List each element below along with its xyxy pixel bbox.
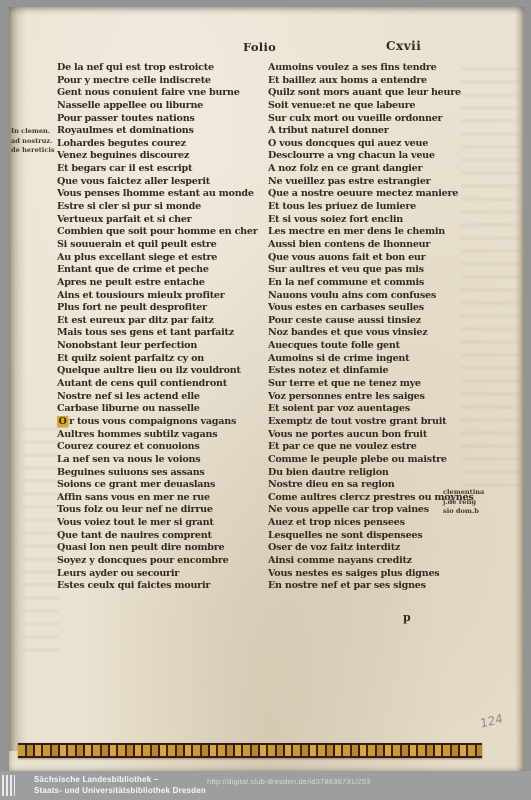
verse-line: Soions ce grant mer deuaslans — [57, 479, 271, 492]
margin-note-line: j.de relig — [443, 498, 484, 508]
verse-line: Du bien dautre religion — [268, 467, 482, 480]
verse-line: Aumoins si de crime ingent — [268, 353, 482, 366]
verse-line: Autant de cens quil contiendront — [57, 378, 271, 391]
verse-line: Nasselle appellee ou liburne — [57, 100, 271, 113]
verse-line: Auecques toute folle gent — [268, 340, 482, 353]
verse-line: Aumoins voulez a ses fins tendre — [268, 62, 482, 75]
verse-line: Gent nous conuient faire vne burne — [57, 87, 271, 100]
verse-line: Estes ceulx qui faictes mourir — [57, 580, 271, 593]
verse-line: Estre si cler si pur si monde — [57, 201, 271, 214]
verse-column-left: De la nef qui est trop estroictePour y m… — [57, 62, 271, 593]
verse-line: Sur culx mort ou vueille ordonner — [268, 113, 482, 126]
page-edge-shadow — [515, 7, 524, 771]
margin-note-right: clementina j.de relig sio dom.b — [443, 488, 484, 517]
margin-note-line: de hereticis — [11, 146, 55, 156]
verse-line: Plus fort ne peult desprofiter — [57, 302, 271, 315]
library-name: Sächsische Landesbibliothek – Staats- un… — [34, 775, 206, 796]
verse-line: Les mectre en mer dens le chemin — [268, 226, 482, 239]
verse-line: Sur terre et que ne tenez mye — [268, 378, 482, 391]
margin-note-line: clementina — [443, 488, 484, 498]
verse-line: Voz personnes entre les saiges — [268, 391, 482, 404]
verse-line: De la nef qui est trop estroicte — [57, 62, 271, 75]
verse-line: A noz folz en ce grant dangier — [268, 163, 482, 176]
verse-line: Apres ne peult estre entache — [57, 277, 271, 290]
verse-line: Ains et tousiours mieulx profiter — [57, 290, 271, 303]
gutter-shadow — [9, 7, 26, 751]
pencil-folio-number: 124 — [480, 711, 504, 731]
verse-line: Comme le peuple plebe ou maistre — [268, 454, 482, 467]
library-name-line1: Sächsische Landesbibliothek – — [34, 775, 206, 786]
manuscript-page-scan: Folio Cxvii In clemen. ad nostruz. de he… — [9, 7, 524, 771]
verse-line: Vous penses lhomme estant au monde — [57, 188, 271, 201]
verse-line: Que a nostre oeuure mectez maniere — [268, 188, 482, 201]
verse-line: Affin sans vous en mer ne rue — [57, 492, 271, 505]
verse-line: Quelque aultre lieu ou ilz vouldront — [57, 365, 271, 378]
verse-line: Et soient par voz auentages — [268, 403, 482, 416]
folio-label: Folio — [243, 40, 276, 54]
verse-line: Que tant de nauires comprent — [57, 530, 271, 543]
verse-line: Nonobstant leur perfection — [57, 340, 271, 353]
verse-line: Combien que soit pour homme en cher — [57, 226, 271, 239]
verse-line: Venez beguines discourez — [57, 150, 271, 163]
verse-line: Estes notez et dinfamie — [268, 365, 482, 378]
verse-line: En la nef commune et commis — [268, 277, 482, 290]
margin-note-left: In clemen. ad nostruz. de hereticis — [11, 127, 55, 156]
library-attribution-bar: Sächsische Landesbibliothek – Staats- un… — [0, 771, 531, 800]
verse-line: Pour ceste cause aussi tinsiez — [268, 315, 482, 328]
verse-line: Au plus excellant siege et estre — [57, 252, 271, 265]
verse-line: Que vous faictez aller lesperit — [57, 176, 271, 189]
verse-line: Et par ce que ne voulez estre — [268, 441, 482, 454]
verse-line: Leurs ayder ou secourir — [57, 568, 271, 581]
catchword: p — [403, 611, 411, 624]
verse-line: A tribut naturel donner — [268, 125, 482, 138]
verse-line: Si souuerain et quil peult estre — [57, 239, 271, 252]
verse-line: Lesquelles ne sont dispensees — [268, 530, 482, 543]
verse-line: Or tous vous compaignons vagans — [57, 416, 271, 429]
verse-line: Quasi lon nen peult dire nombre — [57, 542, 271, 555]
verse-line: Pour passer toutes nations — [57, 113, 271, 126]
verse-line: Et quilz soient parfaitz cy on — [57, 353, 271, 366]
verse-line: Et baillez aux homs a entendre — [268, 75, 482, 88]
verse-line: Vous voiez tout le mer si grant — [57, 517, 271, 530]
verse-line: Auez et trop nices pensees — [268, 517, 482, 530]
verse-line: Tous folz ou leur nef ne dirrue — [57, 504, 271, 517]
bleedthrough-texture — [23, 427, 59, 657]
margin-note-line: ad nostruz. — [11, 137, 55, 147]
verse-line: O vous doncques qui auez veue — [268, 138, 482, 151]
verse-line: Et si vous soiez fort enclin — [268, 214, 482, 227]
verse-line: Vous estes en carbases seulles — [268, 302, 482, 315]
verse-line: Oser de voz faitz interditz — [268, 542, 482, 555]
verse-line: Courez courez et conuoions — [57, 441, 271, 454]
library-name-line2: Staats- und Universitätsbibliothek Dresd… — [34, 786, 206, 797]
verse-line: Mais tous ses gens et tant parfaitz — [57, 327, 271, 340]
verse-line: Soit venue:et ne que labeure — [268, 100, 482, 113]
slub-logo-icon — [2, 775, 15, 796]
verse-line: Aultres hommes subtilz vagans — [57, 429, 271, 442]
verse-line: Vous ne portes aucun bon fruit — [268, 429, 482, 442]
verse-line: La nef sen va nous le voions — [57, 454, 271, 467]
verse-line: Vous nestes es saiges plus dignes — [268, 568, 482, 581]
verse-line: Royaulmes et dominations — [57, 125, 271, 138]
verse-line: Entant que de crime et peche — [57, 264, 271, 277]
verse-line: Noz bandes et que vous vinsiez — [268, 327, 482, 340]
verse-line: Vertueux parfait et si cher — [57, 214, 271, 227]
margin-note-line: sio dom.b — [443, 507, 484, 517]
verse-line: Et begars car il est escript — [57, 163, 271, 176]
verse-line: En nostre nef et par ses signes — [268, 580, 482, 593]
verse-line: Soyez y doncques pour encombre — [57, 555, 271, 568]
verse-line: Et tous les priuez de lumiere — [268, 201, 482, 214]
gilt-edge-band — [18, 743, 482, 758]
verse-line: Desclourre a vng chacun la veue — [268, 150, 482, 163]
verse-line: Aussi bien contens de lhonneur — [268, 239, 482, 252]
verse-line: Nauons voulu ains com confuses — [268, 290, 482, 303]
page-top-shadow — [9, 7, 524, 15]
verse-line: Quilz sont mors auant que leur heure — [268, 87, 482, 100]
verse-line: Pour y mectre celle indiscrete — [57, 75, 271, 88]
gilded-initial: O — [57, 416, 68, 427]
verse-line: Sur aultres et veu que pas mis — [268, 264, 482, 277]
verse-line: Beguines suiuons ses assans — [57, 467, 271, 480]
verse-line: Exemptz de tout vostre grant bruit — [268, 416, 482, 429]
verse-line: Et est eureux par ditz par faitz — [57, 315, 271, 328]
verse-line: Ainsi comme nayans creditz — [268, 555, 482, 568]
margin-note-line: In clemen. — [11, 127, 55, 137]
folio-number: Cxvii — [386, 39, 421, 53]
verse-line: Nostre nef si les actend elle — [57, 391, 271, 404]
document-url: http://digital.slub-dresden.de/id3786367… — [207, 777, 371, 786]
verse-line: Lohardes begutes courez — [57, 138, 271, 151]
verse-line: Ne vueillez pas estre estrangier — [268, 176, 482, 189]
verse-line: Carbase liburne ou nasselle — [57, 403, 271, 416]
verse-line: Que vous auons fait et bon eur — [268, 252, 482, 265]
